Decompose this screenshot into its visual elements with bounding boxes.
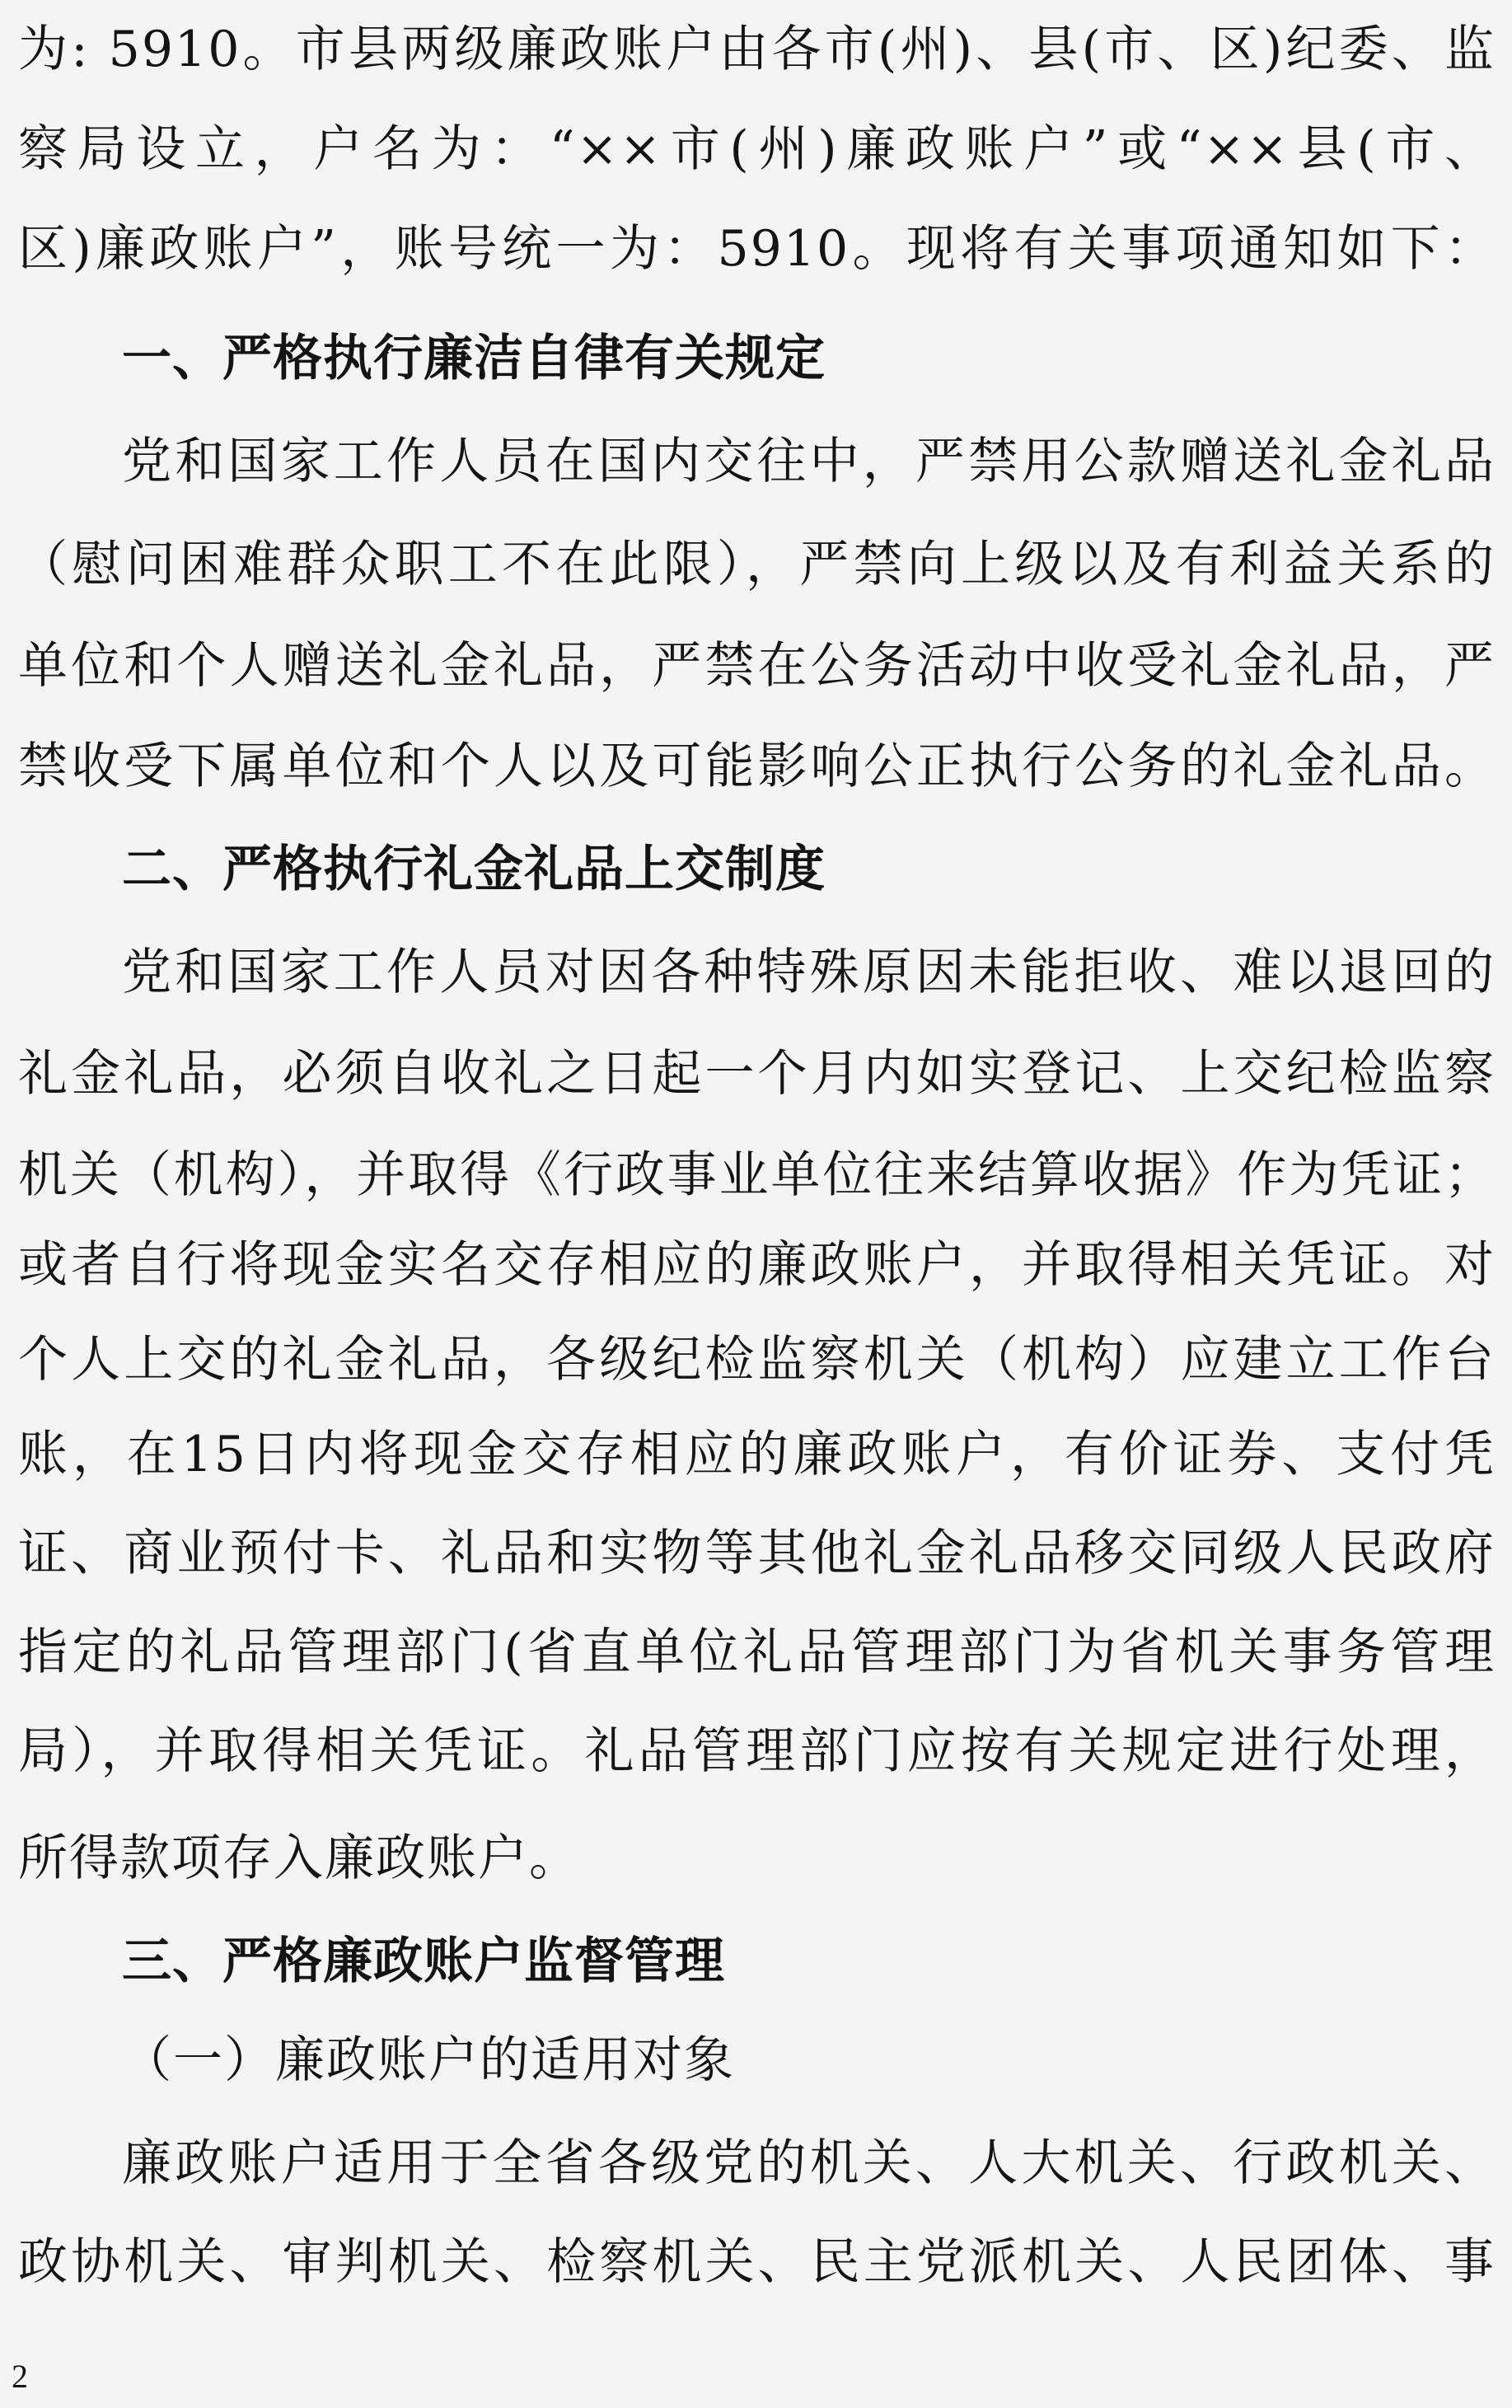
text-line: 区)廉政账户”，账号统一为：5910。现将有关事项通知如下：: [18, 199, 1496, 298]
text-line: 察局设立，户名为：“××市(州)廉政账户”或“××县(市、: [18, 100, 1496, 199]
section-heading-1: 一、严格执行廉洁自律有关规定: [122, 309, 1496, 408]
text-line: 为: 5910。市县两级廉政账户由各市(州)、县(市、区)纪委、监: [18, 0, 1496, 99]
text-line: 党和国家工作人员在国内交往中，严禁用公款赠送礼金礼品: [122, 412, 1496, 511]
text-line: 礼金礼品，必须自收礼之日起一个月内如实登记、上交纪检监察: [18, 1024, 1496, 1123]
text-line: 所得款项存入廉政账户。: [18, 1809, 1496, 1908]
text-line: 或者自行将现金实名交存相应的廉政账户，并取得相关凭证。对: [18, 1216, 1496, 1314]
text-line: 禁收受下属单位和个人以及可能影响公正执行公务的礼金礼品。: [18, 717, 1496, 816]
page-number: 2: [12, 2357, 28, 2396]
section-heading-3: 三、严格廉政账户监督管理: [122, 1912, 1496, 2011]
text-line: 局），并取得相关凭证。礼品管理部门应按有关规定进行处理，: [18, 1702, 1496, 1801]
text-line: 政协机关、审判机关、检察机关、民主党派机关、人民团体、事: [18, 2213, 1496, 2312]
document-page: 为: 5910。市县两级廉政账户由各市(州)、县(市、区)纪委、监 察局设立，户…: [0, 0, 1512, 2408]
text-line: 个人上交的礼金礼品，各级纪检监察机关（机构）应建立工作台: [18, 1310, 1496, 1409]
text-line: 单位和个人赠送礼金礼品，严禁在公务活动中收受礼金礼品，严: [18, 616, 1496, 715]
text-line: 廉政账户适用于全省各级党的机关、人大机关、行政机关、: [122, 2114, 1496, 2213]
text-line: （慰问困难群众职工不在此限），严禁向上级以及有利益关系的: [18, 515, 1496, 614]
section-heading-2: 二、严格执行礼金礼品上交制度: [122, 820, 1496, 919]
text-line: 证、商业预付卡、礼品和实物等其他礼金礼品移交同级人民政府: [18, 1504, 1496, 1603]
text-line: 党和国家工作人员对因各种特殊原因未能拒收、难以退回的: [122, 923, 1496, 1022]
subsection-heading: （一）廉政账户的适用对象: [122, 2011, 1496, 2110]
text-line: 账，在15日内将现金交存相应的廉政账户，有价证券、支付凭: [18, 1405, 1496, 1504]
text-line: 机关（机构），并取得《行政事业单位往来结算收据》作为凭证；: [18, 1126, 1496, 1225]
text-line: 指定的礼品管理部门(省直单位礼品管理部门为省机关事务管理: [18, 1603, 1496, 1702]
